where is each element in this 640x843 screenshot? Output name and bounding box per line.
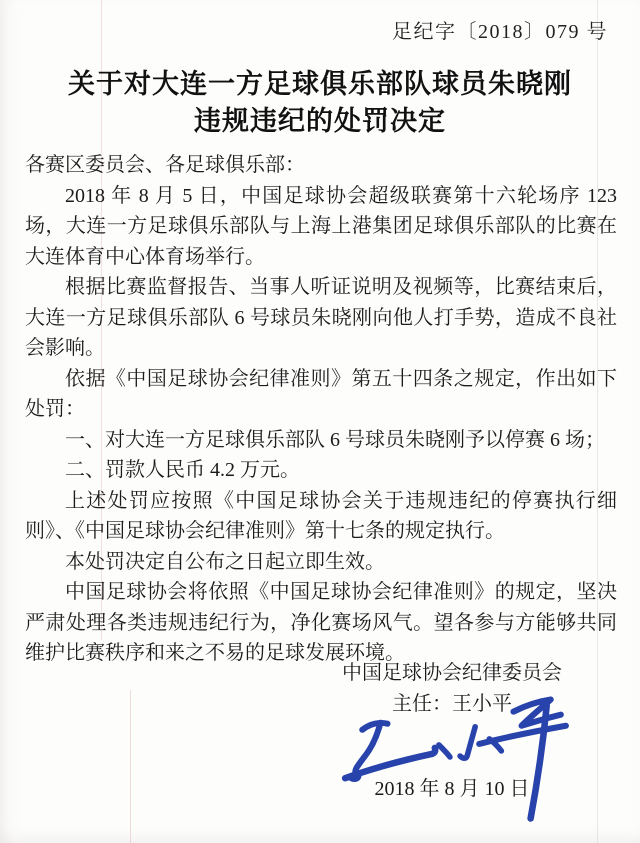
issue-date: 2018 年 8 月 10 日: [330, 774, 574, 805]
doc-number: 足纪字〔2018〕079 号: [392, 15, 608, 44]
title-line-2: 违规违纪的处罚决定: [194, 106, 446, 136]
body-paragraph: 依据《中国足球协会纪律准则》第五十四条之规定，作出如下处罚：: [25, 364, 617, 425]
title-line-1: 关于对大连一方足球俱乐部队球员朱晓刚: [68, 69, 572, 99]
signature-block: 中国足球协会纪律委员会 主任：王小平 2018 年 8 月 10 日: [330, 658, 574, 805]
body-paragraph: 本处罚决定自公布之日起立即生效。: [25, 547, 617, 578]
body-paragraph: 中国足球协会将依照《中国足球协会纪律准则》的规定，坚决严肃处理各类违规违纪行为，…: [25, 577, 617, 669]
signature-gap: [330, 720, 574, 774]
scanned-document-page: 足纪字〔2018〕079 号 关于对大连一方足球俱乐部队球员朱晓刚 违规违纪的处…: [0, 0, 640, 843]
chairman-line: 主任：王小平: [330, 689, 574, 720]
body-paragraph: 根据比赛监督报告、当事人听证说明及视频等，比赛结束后，大连一方足球俱乐部队 6 …: [25, 272, 617, 364]
salutation: 各赛区委员会、各足球俱乐部：: [25, 150, 617, 181]
penalty-item-2: 二、罚款人民币 4.2 万元。: [25, 455, 617, 486]
issuing-committee: 中国足球协会纪律委员会: [330, 658, 574, 689]
document-title: 关于对大连一方足球俱乐部队球员朱晓刚 违规违纪的处罚决定: [0, 66, 640, 140]
scan-fold-line: [130, 690, 131, 843]
body-paragraph: 2018 年 8 月 5 日，中国足球协会超级联赛第十六轮场序 123 场，大连…: [25, 181, 617, 273]
document-body: 各赛区委员会、各足球俱乐部： 2018 年 8 月 5 日，中国足球协会超级联赛…: [25, 150, 617, 669]
penalty-item-1: 一、对大连一方足球俱乐部队 6 号球员朱晓刚予以停赛 6 场；: [25, 425, 617, 456]
body-paragraph: 上述处罚应按照《中国足球协会关于违规违纪的停赛执行细则》、《中国足球协会纪律准则…: [25, 486, 617, 547]
